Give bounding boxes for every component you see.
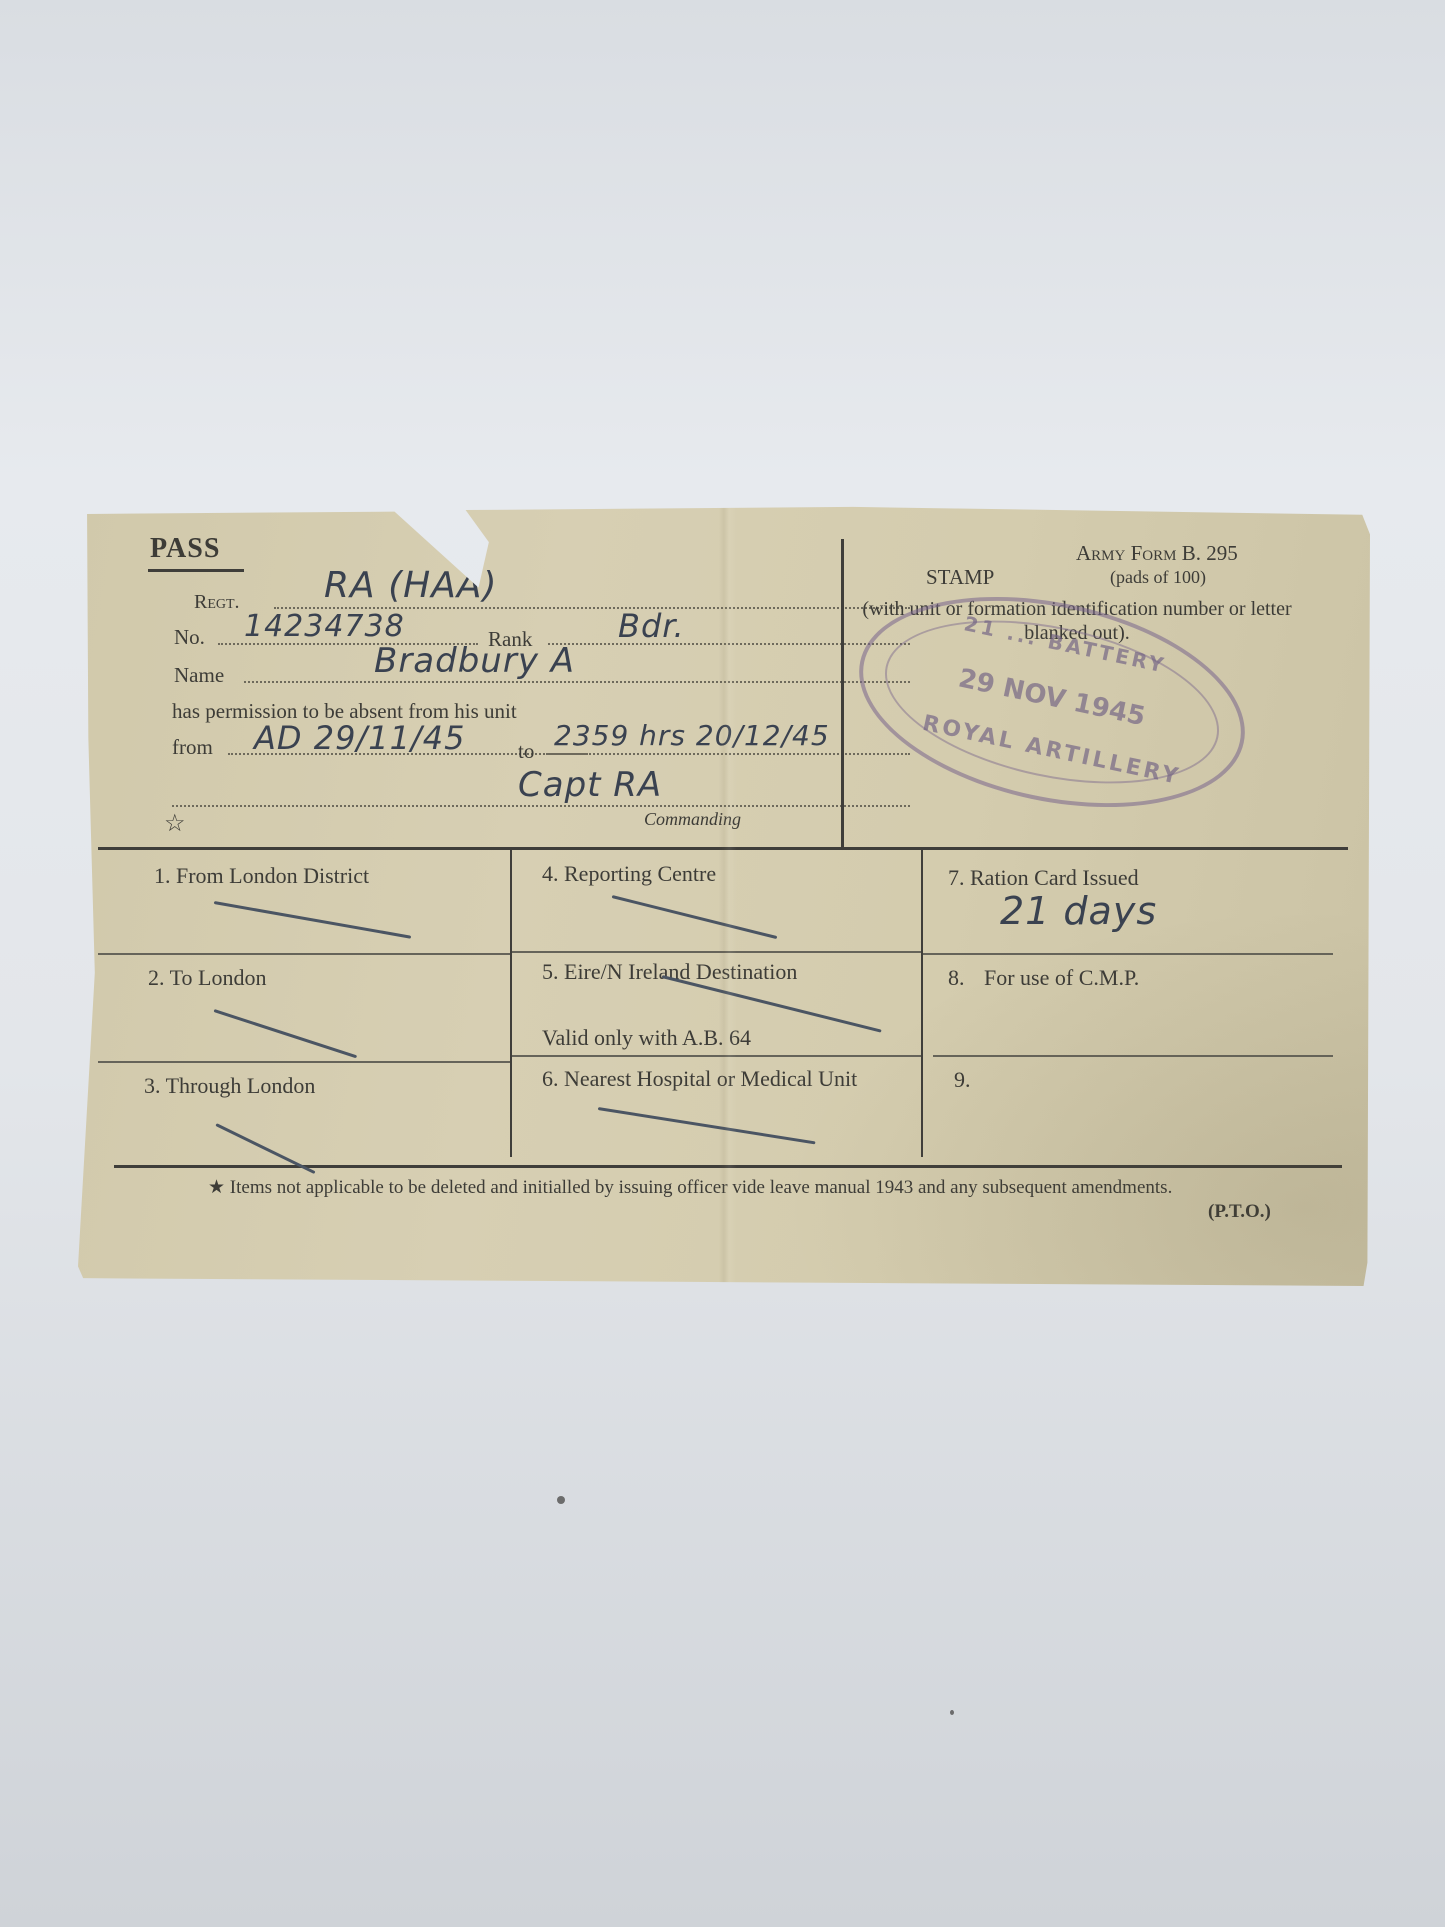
name-dotted-line [244,681,910,683]
name-label: Name [174,663,224,688]
grid-cell-7: 7. Ration Card Issued [948,865,1139,891]
background-speck [557,1496,565,1504]
grid-cell-5-num: 5. [542,959,559,984]
grid-cell-8-num: 8. [948,965,965,990]
grid-col-divider-1 [510,849,512,1157]
grid-cell-4-deletion-stroke [612,895,778,939]
grid-cell-2-num: 2. [148,965,165,990]
grid-row-divider-1b [512,951,921,953]
stamp-label: STAMP [926,565,994,590]
regt-label: Regt. [194,591,240,614]
grid-cell-1-label: From London District [176,863,369,888]
grid-cell-5: 5. Eire/N Ireland Destination [542,959,797,985]
grid-cell-6-deletion-stroke [598,1107,816,1144]
grid-cell-6-label: Nearest Hospital or Medical Unit [564,1066,857,1091]
grid-cell-6-num: 6. [542,1066,559,1091]
grid-row-divider-1a [98,953,510,955]
commanding-label: Commanding [644,809,741,830]
grid-cell-9: 9. [954,1067,971,1093]
grid-col-divider-2 [921,849,923,1157]
grid-cell-2: 2. To London [148,965,266,991]
footer-star-icon: ★ [208,1177,225,1198]
grid-cell-3-num: 3. [144,1073,161,1098]
grid-cell-8-label: For use of C.M.P. [984,965,1139,990]
grid-cell-1: 1. From London District [154,863,369,889]
grid-row-divider-2b [512,1055,921,1057]
grid-top-rule [98,847,1348,850]
pass-title: PASS [150,533,220,565]
grid-row-divider-2a [98,1061,510,1063]
no-label: No. [174,625,205,650]
grid-cell-7-label: Ration Card Issued [970,865,1139,890]
footer-note-text: Items not applicable to be deleted and i… [230,1177,1173,1198]
signature: Capt RA [518,765,662,805]
ration-card-value: 21 days [1000,889,1157,933]
grid-row-divider-1c [923,953,1333,955]
grid-cell-9-num: 9. [954,1067,971,1092]
grid-cell-3: 3. Through London [144,1073,315,1099]
grid-cell-3-label: Through London [166,1073,316,1098]
from-label: from [172,735,213,760]
pto-label: (P.T.O.) [1208,1201,1271,1223]
army-pass-card: PASS Regt. RA (HAA) No. 14234738 Rank Bd… [78,503,1370,1286]
rank-value: Bdr. [618,607,685,645]
grid-cell-8: 8. For use of C.M.P. [948,965,1139,991]
form-pads: (pads of 100) [1110,567,1206,588]
grid-cell-4-label: Reporting Centre [564,861,716,886]
grid-row-divider-2c [933,1055,1333,1057]
no-value: 14234738 [244,609,405,644]
star-marker: ☆ [164,809,186,838]
grid-cell-6: 6. Nearest Hospital or Medical Unit [542,1065,922,1093]
signature-dotted-line [172,805,910,807]
grid-cell-1-num: 1. [154,863,171,888]
background-speck [950,1710,954,1715]
form-id: Army Form B. 295 [1076,541,1238,566]
pass-title-underline [148,569,244,572]
to-label: to [518,739,534,764]
grid-cell-4-num: 4. [542,861,559,886]
name-value: Bradbury A [374,641,575,681]
footer-note: ★ Items not applicable to be deleted and… [130,1175,1300,1201]
stamp-divider [841,539,844,847]
to-dotted-line [546,753,910,755]
grid-cell-5-sublabel: Valid only with A.B. 64 [542,1025,751,1051]
grid-cell-4: 4. Reporting Centre [542,861,716,887]
regt-value: RA (HAA) [324,565,498,606]
grid-cell-2-deletion-stroke [214,1009,358,1058]
to-value: 2359 hrs 20/12/45 [554,719,830,752]
grid-cell-1-deletion-stroke [214,901,411,939]
grid-cell-2-label: To London [170,965,267,990]
grid-cell-7-num: 7. [948,865,965,890]
from-value: AD 29/11/45 [254,719,465,757]
